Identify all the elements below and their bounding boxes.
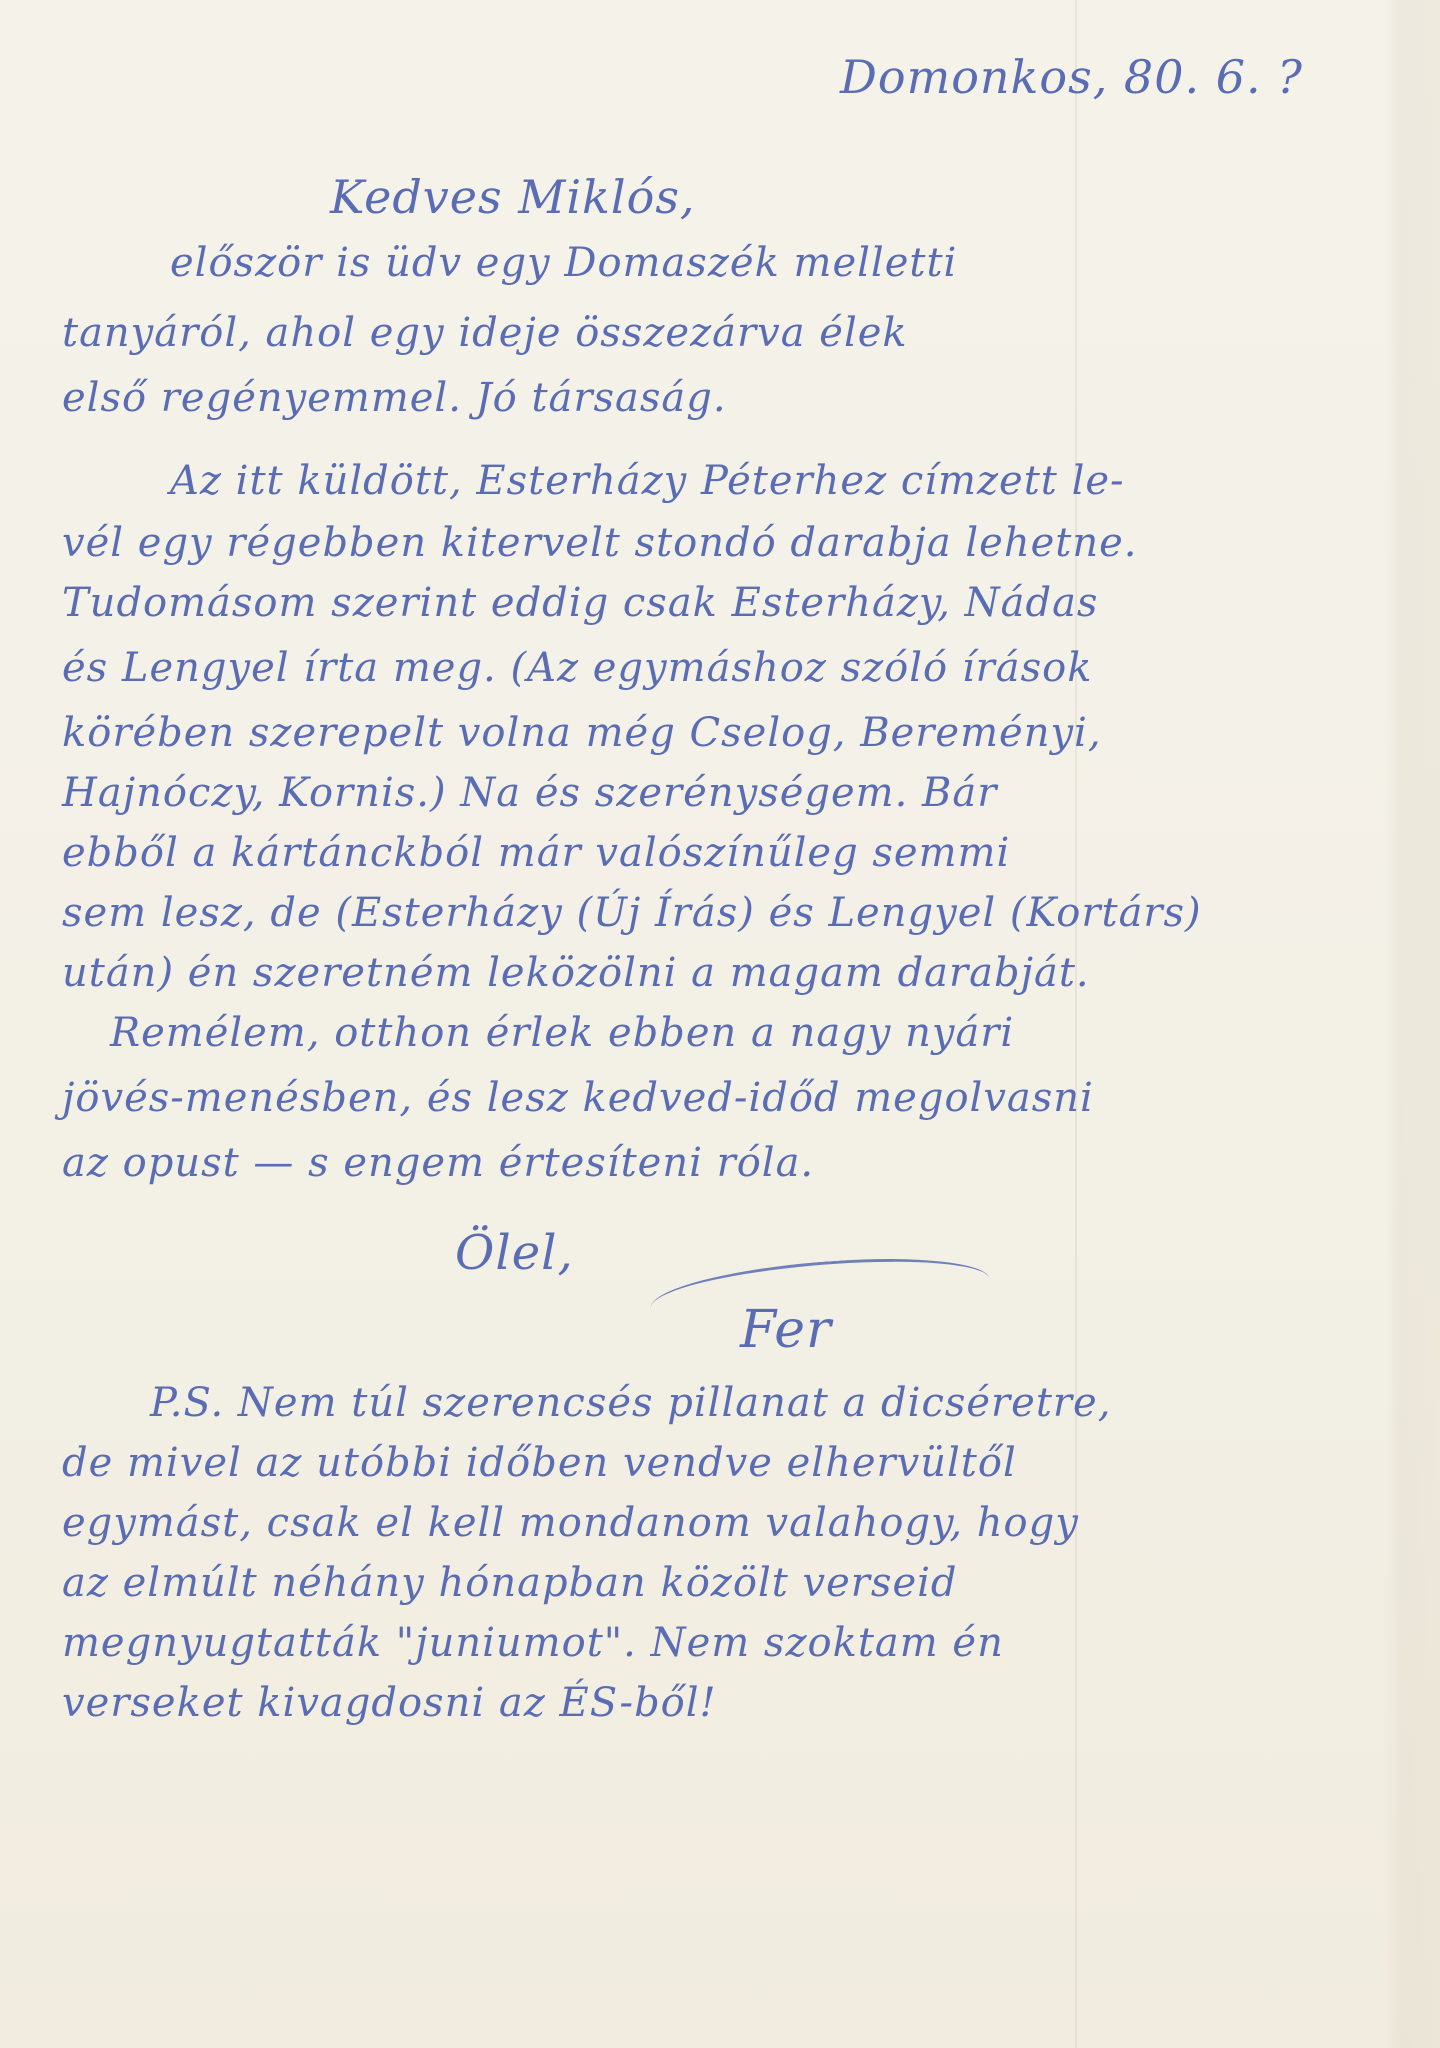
body-line: jövés-menésben, és lesz kedved-időd mego…: [62, 1075, 1094, 1121]
body-line: először is üdv egy Domaszék melletti: [170, 240, 957, 286]
body-line: Remélem, otthon érlek ebben a nagy nyári: [110, 1010, 1014, 1056]
signature: Fer: [740, 1300, 832, 1360]
body-line: és Lengyel írta meg. (Az egymáshoz szóló…: [62, 645, 1092, 691]
postscript-line: P.S. Nem túl szerencsés pillanat a dicsé…: [150, 1380, 1111, 1426]
body-line: sem lesz, de (Esterházy (Új Írás) és Len…: [62, 890, 1202, 936]
dateline: Domonkos, 80. 6. ?: [840, 50, 1303, 104]
postscript-line: egymást, csak el kell mondanom valahogy,…: [62, 1500, 1079, 1546]
body-line: után) én szeretném leközölni a magam dar…: [62, 950, 1090, 996]
postscript-line: de mivel az utóbbi időben vendve elhervü…: [62, 1440, 1017, 1486]
body-line: első regényemmel. Jó társaság.: [62, 375, 727, 421]
postscript-line: megnyugtatták "juniumot". Nem szoktam én: [62, 1620, 1004, 1666]
postscript-line: verseket kivagdosni az ÉS-ből!: [62, 1680, 717, 1726]
body-line: tanyáról, ahol egy ideje összezárva élek: [62, 310, 908, 356]
body-line: körében szerepelt volna még Cselog, Bere…: [62, 710, 1102, 756]
closing: Ölel,: [455, 1225, 574, 1281]
body-line: az opust — s engem értesíteni róla.: [62, 1140, 814, 1186]
body-line: Hajnóczy, Kornis.) Na és szerénységem. B…: [62, 770, 997, 816]
body-line: Az itt küldött, Esterházy Péterhez címze…: [170, 458, 1125, 504]
postscript-line: az elmúlt néhány hónapban közölt verseid: [62, 1560, 958, 1606]
paper-fold-line: [1075, 0, 1077, 2048]
body-line: vél egy régebben kitervelt stondó darabj…: [62, 520, 1138, 566]
body-line: Tudomásom szerint eddig csak Esterházy, …: [62, 580, 1098, 626]
body-line: ebből a kártánckból már valószínűleg sem…: [62, 830, 1010, 876]
salutation: Kedves Miklós,: [330, 170, 696, 224]
